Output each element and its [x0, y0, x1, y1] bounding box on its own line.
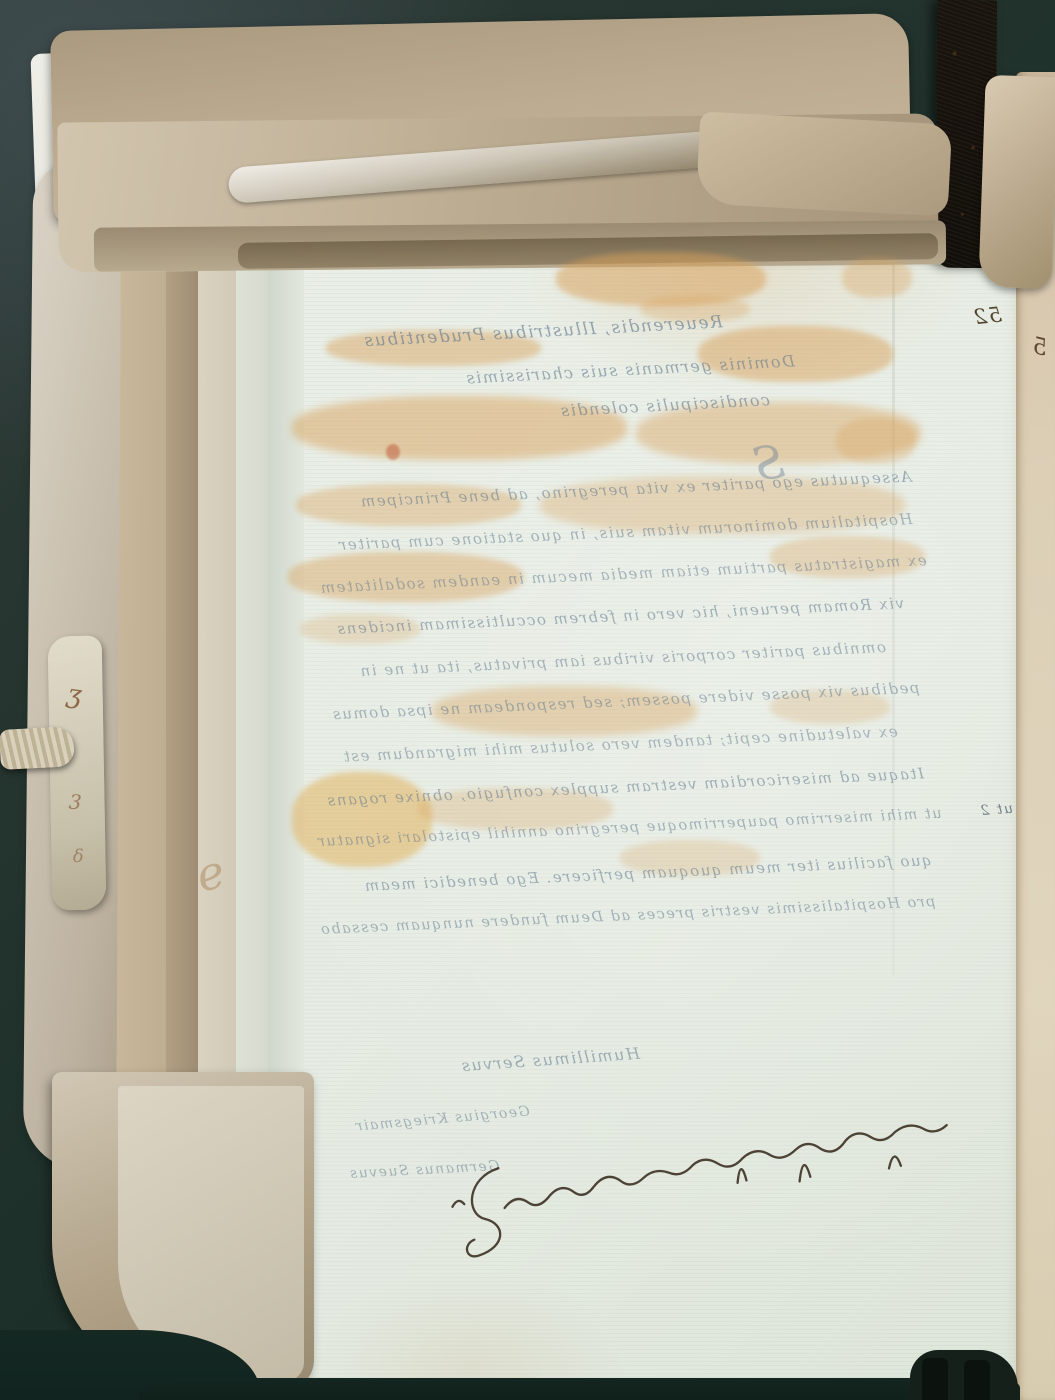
facing-leaf-corner-crumple	[978, 75, 1055, 289]
strap-end	[922, 1358, 948, 1400]
background-bottom-band	[140, 1378, 1020, 1400]
strap-end	[964, 1360, 990, 1400]
binding-cord	[0, 726, 75, 770]
bleed-blotch	[292, 772, 432, 867]
top-stack-ribbon-fold	[696, 111, 952, 216]
scrap-ink-squiggle: 3	[63, 789, 89, 815]
red-stain-dot	[386, 444, 400, 460]
scrap-ink-squiggle: ʒ	[58, 678, 92, 712]
scrap-ink-squiggle: δ	[68, 846, 90, 867]
bleed-blotch	[836, 418, 916, 464]
archive-manuscript-photograph: Reuerendis, Illustribus PrudentibusDomin…	[0, 0, 1055, 1400]
manuscript-scrap	[48, 636, 107, 911]
bleed-blotch	[842, 258, 912, 298]
